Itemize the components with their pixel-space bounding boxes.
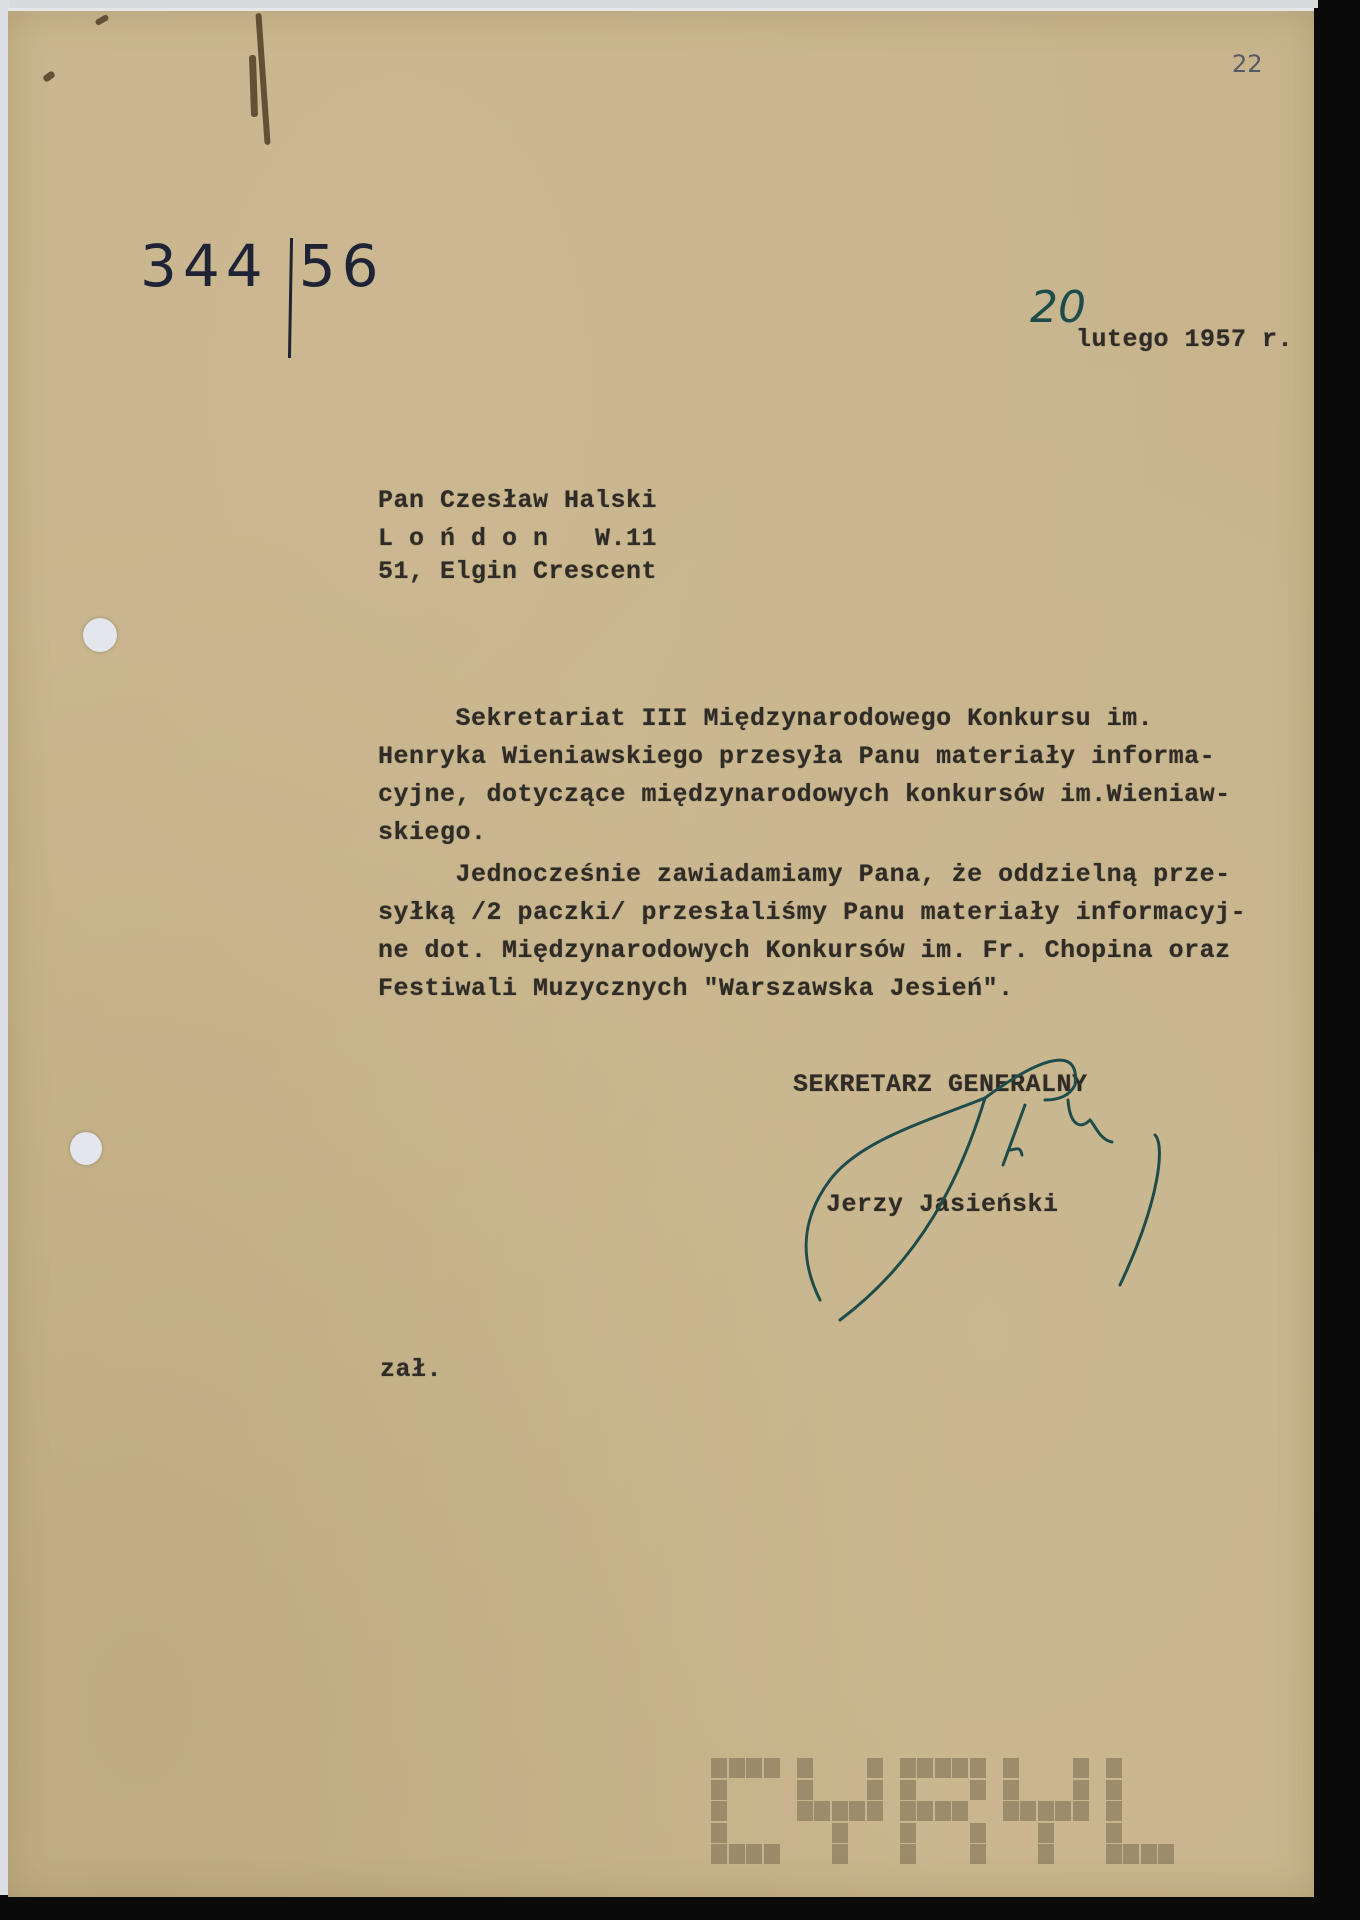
pencil-mark — [249, 55, 258, 117]
recipient-street: 51, Elgin Crescent — [378, 557, 657, 586]
watermark-letter-c — [711, 1758, 780, 1864]
recipient-name: Pan Czesław Halski — [378, 486, 657, 515]
enclosure-label: zał. — [380, 1355, 442, 1384]
watermark-letter-y — [797, 1758, 883, 1864]
page-number: 22 — [1232, 50, 1263, 78]
recipient-city: L o ń d o n W.11 — [378, 524, 657, 553]
cyryl-watermark — [711, 1758, 1174, 1864]
body-line: ne dot. Międzynarodowych Konkursów im. F… — [378, 932, 1231, 970]
watermark-letter-l — [1106, 1758, 1175, 1864]
pencil-mark — [255, 13, 270, 145]
scan-top-border — [0, 0, 1318, 8]
punch-hole — [70, 1132, 102, 1165]
punch-hole — [83, 618, 117, 652]
pencil-mark — [42, 70, 56, 83]
watermark-letter-y — [1003, 1758, 1089, 1864]
reference-number: 34456 — [140, 232, 385, 300]
signatory-name: Jerzy Jasieński — [826, 1190, 1059, 1219]
body-line: syłką /2 paczki/ przesłaliśmy Panu mater… — [378, 894, 1246, 932]
pencil-mark — [94, 14, 109, 26]
body-line: cyjne, dotyczące międzynarodowych konkur… — [378, 776, 1231, 814]
body-line: skiego. — [378, 814, 487, 852]
watermark-letter-r — [900, 1758, 986, 1864]
reference-number-left: 344 — [140, 232, 269, 300]
date-text: lutego 1957 r. — [1076, 325, 1293, 354]
body-line: Jednocześnie zawiadamiamy Pana, że oddzi… — [378, 856, 1231, 894]
reference-number-right: 56 — [299, 232, 385, 300]
body-line: Sekretariat III Międzynarodowego Konkurs… — [378, 700, 1153, 738]
body-line: Henryka Wieniawskiego przesyła Panu mate… — [378, 738, 1215, 776]
body-line: Festiwali Muzycznych "Warszawska Jesień"… — [378, 970, 1014, 1008]
signatory-title: SEKRETARZ GENERALNY — [793, 1070, 1088, 1099]
